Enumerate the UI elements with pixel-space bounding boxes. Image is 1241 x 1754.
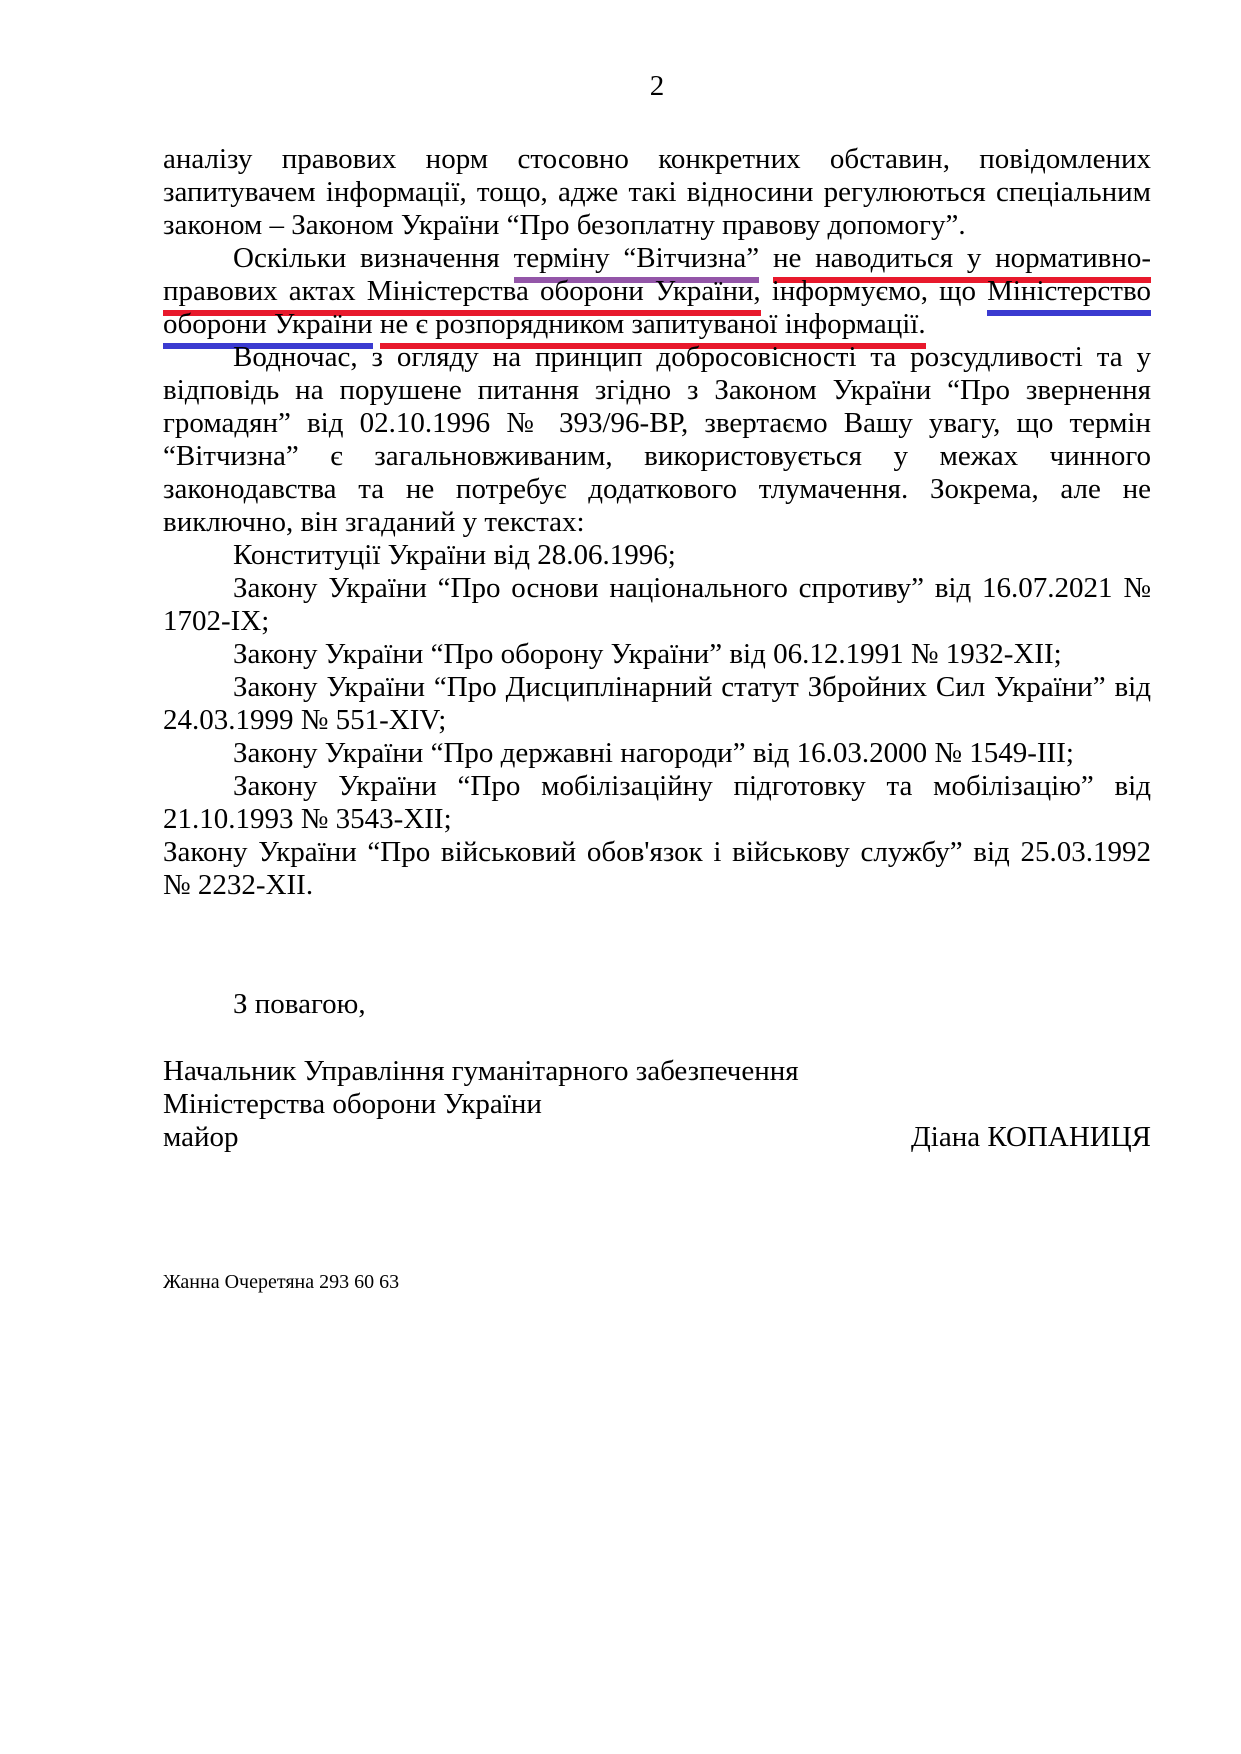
signer-name: Діана КОПАНИЦЯ: [911, 1121, 1151, 1154]
signer-position-line1: Начальник Управління гуманітарного забез…: [163, 1055, 1151, 1088]
salutation: З повагою,: [163, 988, 1151, 1021]
text-segment: [759, 242, 773, 274]
list-item-military-duty: Закону України “Про військовий обов'язок…: [163, 836, 1151, 902]
executor-contact: Жанна Очеретяна 293 60 63: [163, 1270, 1151, 1294]
document-page: 2 аналізу правових норм стосовно конкрет…: [0, 0, 1241, 1754]
text-segment: [373, 308, 380, 340]
signature-block: Начальник Управління гуманітарного забез…: [163, 1055, 1151, 1154]
list-item-disciplinary-statute: Закону України “Про Дисциплінарний стату…: [163, 671, 1151, 737]
signer-rank-name-row: майор Діана КОПАНИЦЯ: [163, 1121, 1151, 1154]
text-segment: Оскільки визначення: [233, 242, 514, 274]
signer-rank: майор: [163, 1121, 239, 1154]
text-segment: інформуємо, що: [761, 275, 987, 307]
paragraph-term-common-usage: Водночас, з огляду на принцип добросовіс…: [163, 341, 1151, 539]
list-item-state-awards: Закону України “Про державні нагороди” в…: [163, 737, 1151, 770]
paragraph-legal-aid-law: аналізу правових норм стосовно конкретни…: [163, 143, 1151, 242]
paragraph-term-definition: Оскільки визначення терміну “Вітчизна” н…: [163, 242, 1151, 341]
list-item-national-resistance: Закону України “Про основи національного…: [163, 572, 1151, 638]
page-number: 2: [163, 70, 1151, 103]
signer-position-line2: Міністерства оборони України: [163, 1088, 1151, 1121]
list-item-constitution: Конституції України від 28.06.1996;: [163, 539, 1151, 572]
list-item-mobilization: Закону України “Про мобілізаційну підгот…: [163, 770, 1151, 836]
list-item-defense-of-ukraine: Закону України “Про оборону України” від…: [163, 638, 1151, 671]
